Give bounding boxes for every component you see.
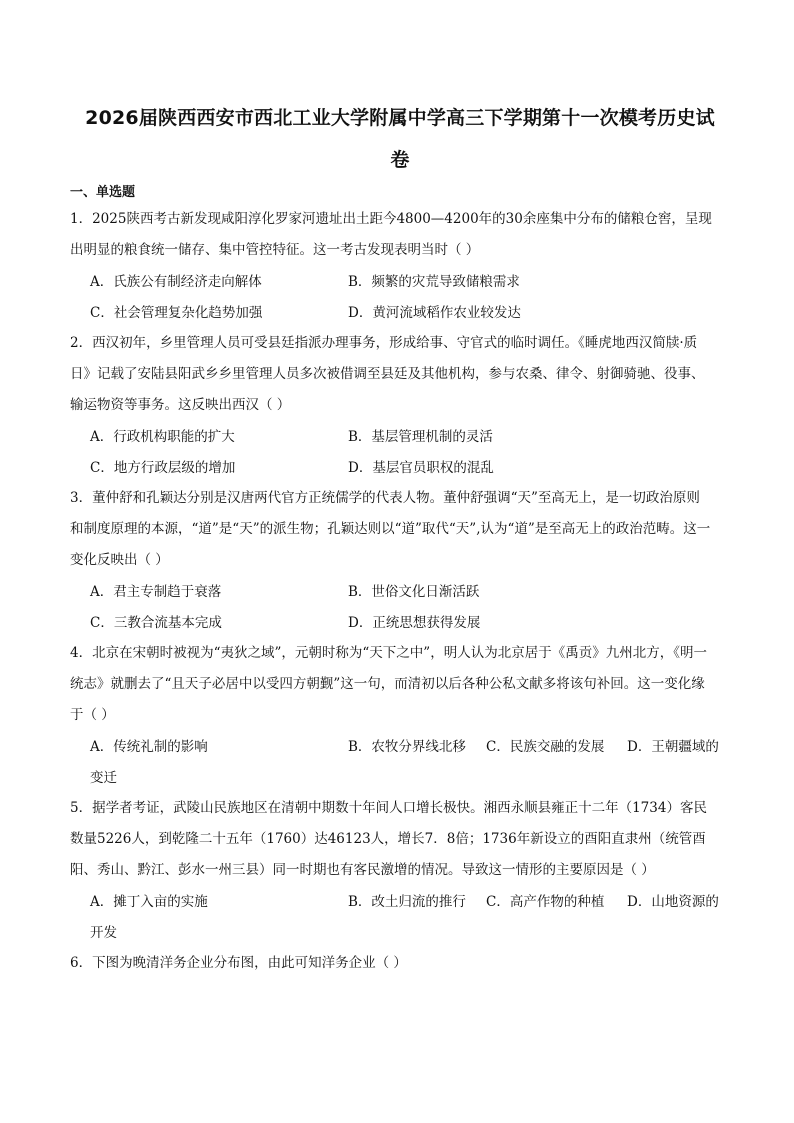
question-2-option-a: A．行政机构职能的扩大 bbox=[90, 427, 235, 447]
question-line: 出明显的粮食统一储存、集中管控特征。这一考古发现表明当时（ ） bbox=[70, 235, 725, 266]
question-line: 阳、秀山、黔江、彭水一州三县）同一时期也有客民激增的情况。导致这一情形的主要原因… bbox=[70, 855, 725, 886]
question-1-option-a: A．氏族公有制经济走向解体 bbox=[90, 272, 262, 292]
question-4-stem: 4．北京在宋朝时被视为“夷狄之域”，元朝时称为“天下之中”，明人认为北京居于《禹… bbox=[70, 638, 725, 731]
question-4-option-d: D．王朝疆域的 bbox=[627, 737, 719, 757]
question-line: 3．董仲舒和孔颖达分别是汉唐两代官方正统儒学的代表人物。董仲舒强调“天”至高无上… bbox=[70, 483, 725, 514]
question-2-option-c: C．地方行政层级的增加 bbox=[90, 458, 235, 478]
question-3-option-c: C．三教合流基本完成 bbox=[90, 613, 222, 633]
question-5-option-d-continued: 开发 bbox=[90, 923, 117, 943]
question-4-option-a: A．传统礼制的影响 bbox=[90, 737, 208, 757]
question-line: 数量5226人，到乾隆二十五年（1760）达46123人，增长7．8倍；1736… bbox=[70, 824, 725, 855]
question-2-stem: 2．西汉初年，乡里管理人员可受县廷指派办理事务，形成给事、守官式的临时调任。《睡… bbox=[70, 328, 725, 421]
question-3-stem: 3．董仲舒和孔颖达分别是汉唐两代官方正统儒学的代表人物。董仲舒强调“天”至高无上… bbox=[70, 483, 725, 576]
question-3-option-b: B．世俗文化日渐活跃 bbox=[348, 582, 479, 602]
question-3-option-a: A．君主专制趋于衰落 bbox=[90, 582, 221, 602]
question-line: 4．北京在宋朝时被视为“夷狄之域”，元朝时称为“天下之中”，明人认为北京居于《禹… bbox=[70, 638, 725, 669]
question-2-option-d: D．基层官员职权的混乱 bbox=[348, 458, 494, 478]
question-line: 变化反映出（ ） bbox=[70, 545, 725, 576]
question-5-stem: 5．据学者考证，武陵山民族地区在清朝中期数十年间人口增长极快。湘西永顺县雍正十二… bbox=[70, 793, 725, 886]
question-6-stem: 6．下图为晚清洋务企业分布图，由此可知洋务企业（ ） bbox=[70, 948, 725, 979]
question-4-option-c: C．民族交融的发展 bbox=[486, 737, 604, 757]
question-2-option-b: B．基层管理机制的灵活 bbox=[348, 427, 493, 447]
question-1-option-c: C．社会管理复杂化趋势加强 bbox=[90, 303, 262, 323]
question-1-option-b: B．频繁的灾荒导致储粮需求 bbox=[348, 272, 520, 292]
question-line: 和制度原理的本源，“道”是“天”的派生物；孔颖达则以“道”取代“天”,认为“道”… bbox=[70, 514, 725, 545]
question-5-option-c: C．高产作物的种植 bbox=[486, 892, 604, 912]
question-line: 1．2025陕西考古新发现咸阳淳化罗家河遗址出土距今4800—4200年的30余… bbox=[70, 204, 725, 235]
question-3-option-d: D．正统思想获得发展 bbox=[348, 613, 480, 633]
question-1-stem: 1．2025陕西考古新发现咸阳淳化罗家河遗址出土距今4800—4200年的30余… bbox=[70, 204, 725, 266]
question-5-option-a: A．摊丁入亩的实施 bbox=[90, 892, 208, 912]
question-line: 6．下图为晚清洋务企业分布图，由此可知洋务企业（ ） bbox=[70, 948, 725, 979]
document-title-continued: 卷 bbox=[60, 148, 740, 172]
question-line: 统志》就删去了“且天子必居中以受四方朝觐”这一句，而清初以后各种公私文献多将该句… bbox=[70, 669, 725, 700]
question-4-option-d-continued: 变迁 bbox=[90, 768, 117, 788]
document-title: 2026届陕西西安市西北工业大学附属中学高三下学期第十一次模考历史试 bbox=[60, 106, 740, 130]
question-1-option-d: D．黄河流域稻作农业较发达 bbox=[348, 303, 521, 323]
question-line: 2．西汉初年，乡里管理人员可受县廷指派办理事务，形成给事、守官式的临时调任。《睡… bbox=[70, 328, 725, 359]
question-4-option-b: B．农牧分界线北移 bbox=[348, 737, 466, 757]
exam-page: 2026届陕西西安市西北工业大学附属中学高三下学期第十一次模考历史试 卷 一、单… bbox=[0, 0, 794, 1123]
section-heading: 一、单选题 bbox=[70, 181, 135, 200]
question-line: 日》记载了安陆县阳武乡乡里管理人员多次被借调至县廷及其他机构，参与农桑、律令、射… bbox=[70, 359, 725, 390]
question-5-option-b: B．改土归流的推行 bbox=[348, 892, 466, 912]
question-line: 于（ ） bbox=[70, 700, 725, 731]
question-line: 输运物资等事务。这反映出西汉（ ） bbox=[70, 390, 725, 421]
question-line: 5．据学者考证，武陵山民族地区在清朝中期数十年间人口增长极快。湘西永顺县雍正十二… bbox=[70, 793, 725, 824]
question-5-option-d: D．山地资源的 bbox=[627, 892, 719, 912]
